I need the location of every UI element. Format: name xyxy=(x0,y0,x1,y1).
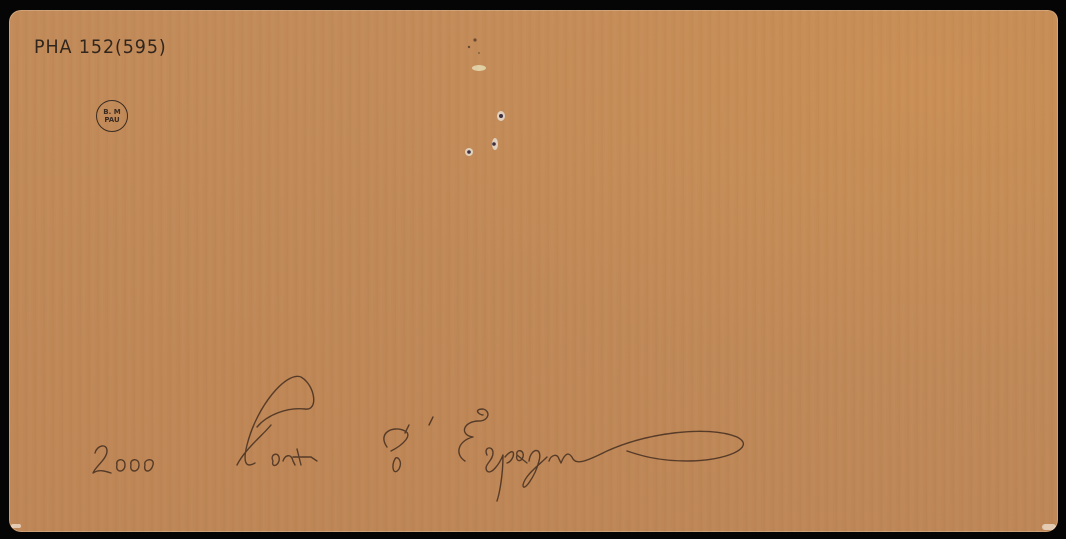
library-stamp: B. M PAU xyxy=(96,100,128,132)
paper-damage-specks xyxy=(449,28,519,168)
stamp-line-2: PAU xyxy=(104,116,119,124)
stamp-line-1: B. M xyxy=(103,108,120,116)
card-verso: PHA 152(595) B. M PAU xyxy=(9,10,1058,532)
edge-wear-bottom-left xyxy=(11,524,21,528)
handwritten-inscription: 2000 Pont d'Espagne xyxy=(87,365,887,505)
inscription-text: 2000 Pont d'Espagne xyxy=(87,365,98,366)
call-number-label: PHA 152(595) xyxy=(34,36,167,58)
scan-background: PHA 152(595) B. M PAU xyxy=(0,0,1066,539)
edge-wear-bottom-right xyxy=(1042,524,1056,530)
